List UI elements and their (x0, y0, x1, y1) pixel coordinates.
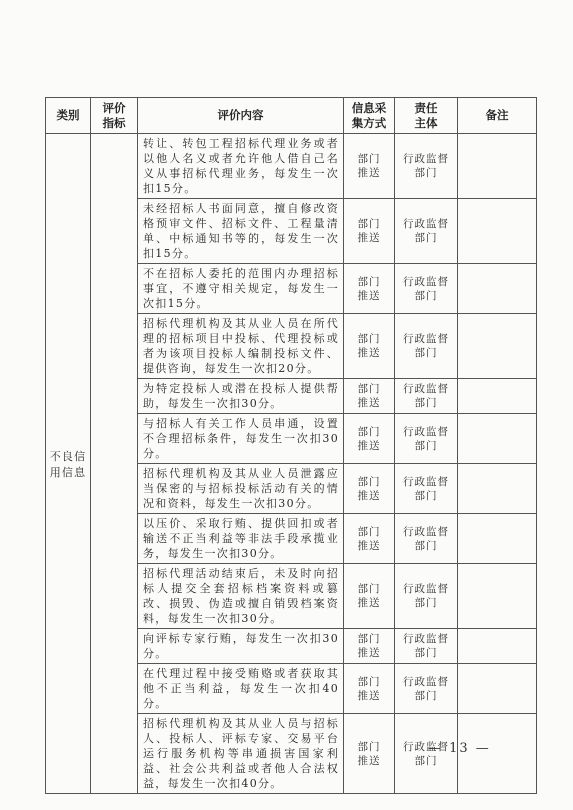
responsible-text: 行政监督部门 (402, 582, 450, 610)
responsible-cell: 行政监督部门 (395, 264, 458, 314)
content-cell: 向评标专家行贿，每发生一次扣30分。 (138, 629, 344, 664)
content-cell: 招标代理活动结束后，未及时向招标人提交全套招标档案资料或篡改、损毁、伪造或擅自销… (138, 564, 344, 629)
method-cell: 部门推送 (344, 314, 395, 379)
responsible-text: 行政监督部门 (402, 675, 450, 703)
header-responsible: 责任 主体 (395, 98, 458, 134)
notes-cell (458, 199, 537, 264)
method-text: 部门推送 (356, 675, 381, 703)
indicator-cell (91, 134, 138, 794)
responsible-cell: 行政监督部门 (395, 414, 458, 464)
notes-cell (458, 314, 537, 379)
method-cell: 部门推送 (344, 514, 395, 564)
content-cell: 招标代理机构及其从业人员泄露应当保密的与招标投标活动有关的情况和资料，每发生一次… (138, 464, 344, 514)
method-text: 部门推送 (356, 632, 381, 660)
responsible-text: 行政监督部门 (402, 382, 450, 410)
responsible-text: 行政监督部门 (402, 475, 450, 503)
responsible-text: 行政监督部门 (402, 632, 450, 660)
responsible-cell: 行政监督部门 (395, 514, 458, 564)
content-cell: 与招标人有关工作人员串通，设置不合理招标条件，每发生一次扣30分。 (138, 414, 344, 464)
content-cell: 不在招标人委托的范围内办理招标事宜，不遵守相关规定，每发生一次扣15分。 (138, 264, 344, 314)
header-responsible-text: 责任 主体 (395, 101, 457, 131)
responsible-cell: 行政监督部门 (395, 629, 458, 664)
responsible-text: 行政监督部门 (402, 152, 450, 180)
method-cell: 部门推送 (344, 664, 395, 714)
notes-cell (458, 264, 537, 314)
method-text: 部门推送 (356, 332, 381, 360)
header-method-text: 信息采 集方式 (344, 101, 394, 131)
method-cell: 部门推送 (344, 134, 395, 199)
responsible-text: 行政监督部门 (402, 425, 450, 453)
responsible-text: 行政监督部门 (402, 525, 450, 553)
header-indicator-text: 评价 指标 (91, 101, 137, 131)
header-row: 类别 评价 指标 评价内容 信息采 集方式 责任 主体 备注 (46, 98, 537, 134)
content-cell: 在代理过程中接受贿赂或者获取其他不正当利益，每发生一次扣40分。 (138, 664, 344, 714)
method-cell: 部门推送 (344, 564, 395, 629)
responsible-cell: 行政监督部门 (395, 314, 458, 379)
responsible-cell: 行政监督部门 (395, 379, 458, 414)
responsible-cell: 行政监督部门 (395, 564, 458, 629)
content-cell: 招标代理机构及其从业人员在所代理的招标项目中投标、代理投标或者为该项目投标人编制… (138, 314, 344, 379)
method-text: 部门推送 (356, 275, 381, 303)
method-cell: 部门推送 (344, 199, 395, 264)
notes-cell (458, 564, 537, 629)
notes-cell (458, 664, 537, 714)
method-cell: 部门推送 (344, 414, 395, 464)
content-cell: 以压价、采取行贿、提供回扣或者输送不正当利益等非法手段承揽业务，每发生一次扣30… (138, 514, 344, 564)
header-category: 类别 (46, 98, 91, 134)
method-cell: 部门推送 (344, 714, 395, 794)
responsible-cell: 行政监督部门 (395, 664, 458, 714)
responsible-text: 行政监督部门 (402, 332, 450, 360)
notes-cell (458, 414, 537, 464)
header-notes: 备注 (458, 98, 537, 134)
page-number: — 13 — (428, 741, 491, 756)
header-method: 信息采 集方式 (344, 98, 395, 134)
method-text: 部门推送 (356, 582, 381, 610)
method-text: 部门推送 (356, 740, 381, 768)
content-cell: 为特定投标人或潜在投标人提供帮助，每发生一次扣30分。 (138, 379, 344, 414)
notes-cell (458, 134, 537, 199)
evaluation-table: 类别 评价 指标 评价内容 信息采 集方式 责任 主体 备注 不良信用信息转让、… (45, 97, 537, 794)
responsible-text: 行政监督部门 (402, 217, 450, 245)
responsible-cell: 行政监督部门 (395, 464, 458, 514)
responsible-cell: 行政监督部门 (395, 199, 458, 264)
method-text: 部门推送 (356, 382, 381, 410)
method-text: 部门推送 (356, 475, 381, 503)
header-indicator: 评价 指标 (91, 98, 138, 134)
method-text: 部门推送 (356, 425, 381, 453)
method-text: 部门推送 (356, 152, 381, 180)
notes-cell (458, 629, 537, 664)
content-cell: 转让、转包工程招标代理业务或者以他人名义或者允许他人借自己名义从事招标代理业务，… (138, 134, 344, 199)
table-row: 不良信用信息转让、转包工程招标代理业务或者以他人名义或者允许他人借自己名义从事招… (46, 134, 537, 199)
header-content: 评价内容 (138, 98, 344, 134)
method-cell: 部门推送 (344, 379, 395, 414)
method-text: 部门推送 (356, 217, 381, 245)
responsible-text: 行政监督部门 (402, 275, 450, 303)
method-cell: 部门推送 (344, 264, 395, 314)
category-cell: 不良信用信息 (46, 134, 91, 794)
content-cell: 未经招标人书面同意，擅自修改资格预审文件、招标文件、工程量清单、中标通知书等的，… (138, 199, 344, 264)
method-text: 部门推送 (356, 525, 381, 553)
notes-cell (458, 379, 537, 414)
notes-cell (458, 464, 537, 514)
method-cell: 部门推送 (344, 629, 395, 664)
method-cell: 部门推送 (344, 464, 395, 514)
notes-cell (458, 514, 537, 564)
responsible-cell: 行政监督部门 (395, 134, 458, 199)
content-cell: 招标代理机构及其从业人员与招标人、投标人、评标专家、交易平台运行服务机构等串通损… (138, 714, 344, 794)
